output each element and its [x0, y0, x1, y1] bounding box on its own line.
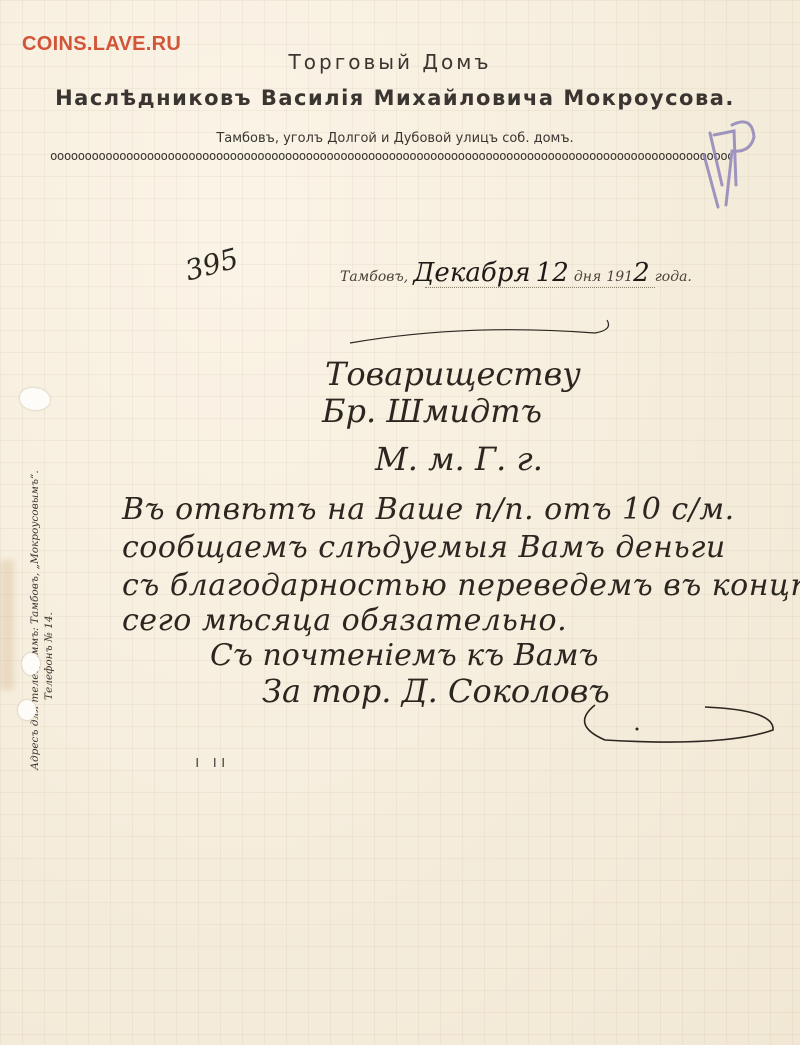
purple-pencil-mark-icon — [692, 115, 772, 215]
day-label: дня — [574, 269, 601, 285]
body-line-4: сего мѣсяца обязательно. — [122, 603, 567, 638]
signature-line: За тор. Д. Соколовъ — [262, 672, 610, 710]
year-suffix: 2 — [633, 258, 650, 288]
year-prefix: 191 — [606, 269, 633, 285]
punch-hole-1 — [20, 388, 50, 410]
body-line-1: Въ отвѣтъ на Ваше п/п. отъ 10 с/м. — [122, 492, 735, 527]
year-label: года. — [655, 269, 692, 285]
paper-stain — [0, 560, 14, 690]
body-line-3: съ благодарностью переведемъ въ концѣ — [122, 568, 800, 603]
date-month: Декабря — [413, 258, 530, 288]
letterhead-address: Тамбовъ, уголъ Долгой и Дубовой улицъ со… — [0, 131, 790, 146]
place-label: Тамбовъ, — [340, 269, 408, 285]
pencil-scribble: ı ıı — [195, 752, 229, 771]
signature-swash-icon — [575, 695, 775, 745]
letterhead-company-name: Наслѣдниковъ Василія Михайловича Мокроус… — [0, 86, 790, 110]
date-day: 12 — [536, 258, 569, 288]
body-line-2: сообщаемъ слѣдуемыя Вамъ деньги — [122, 530, 726, 565]
punch-hole-3 — [18, 700, 36, 720]
side-telegraph-address: Адресъ для телеграммъ: Тамбовъ, „Мокроус… — [28, 470, 56, 770]
reference-number: 395 — [182, 242, 242, 288]
punch-hole-2 — [22, 653, 40, 675]
addressee-line-2: Бр. Шмидтъ — [322, 392, 542, 430]
addressee-flourish-icon — [345, 318, 615, 348]
side-print-line-1: Адресъ для телеграммъ: Тамбовъ, „Мокроус… — [28, 470, 42, 770]
salutation: М. м. Г. г. — [375, 440, 543, 478]
date-dotted-underline — [425, 287, 655, 288]
closing-regards: Съ почтеніемъ къ Вамъ — [210, 638, 599, 673]
letterhead-ornament-border: oooooooooooooooooooooooooooooooooooooooo… — [50, 148, 730, 164]
letterhead-trading-house: Торговый Домъ — [0, 50, 780, 74]
addressee-line-1: Товариществу — [325, 355, 581, 393]
side-print-line-2: Телефонъ № 14. — [42, 470, 56, 770]
place-date-line: Тамбовъ, Декабря 12 дня 1912 года. — [340, 258, 692, 288]
